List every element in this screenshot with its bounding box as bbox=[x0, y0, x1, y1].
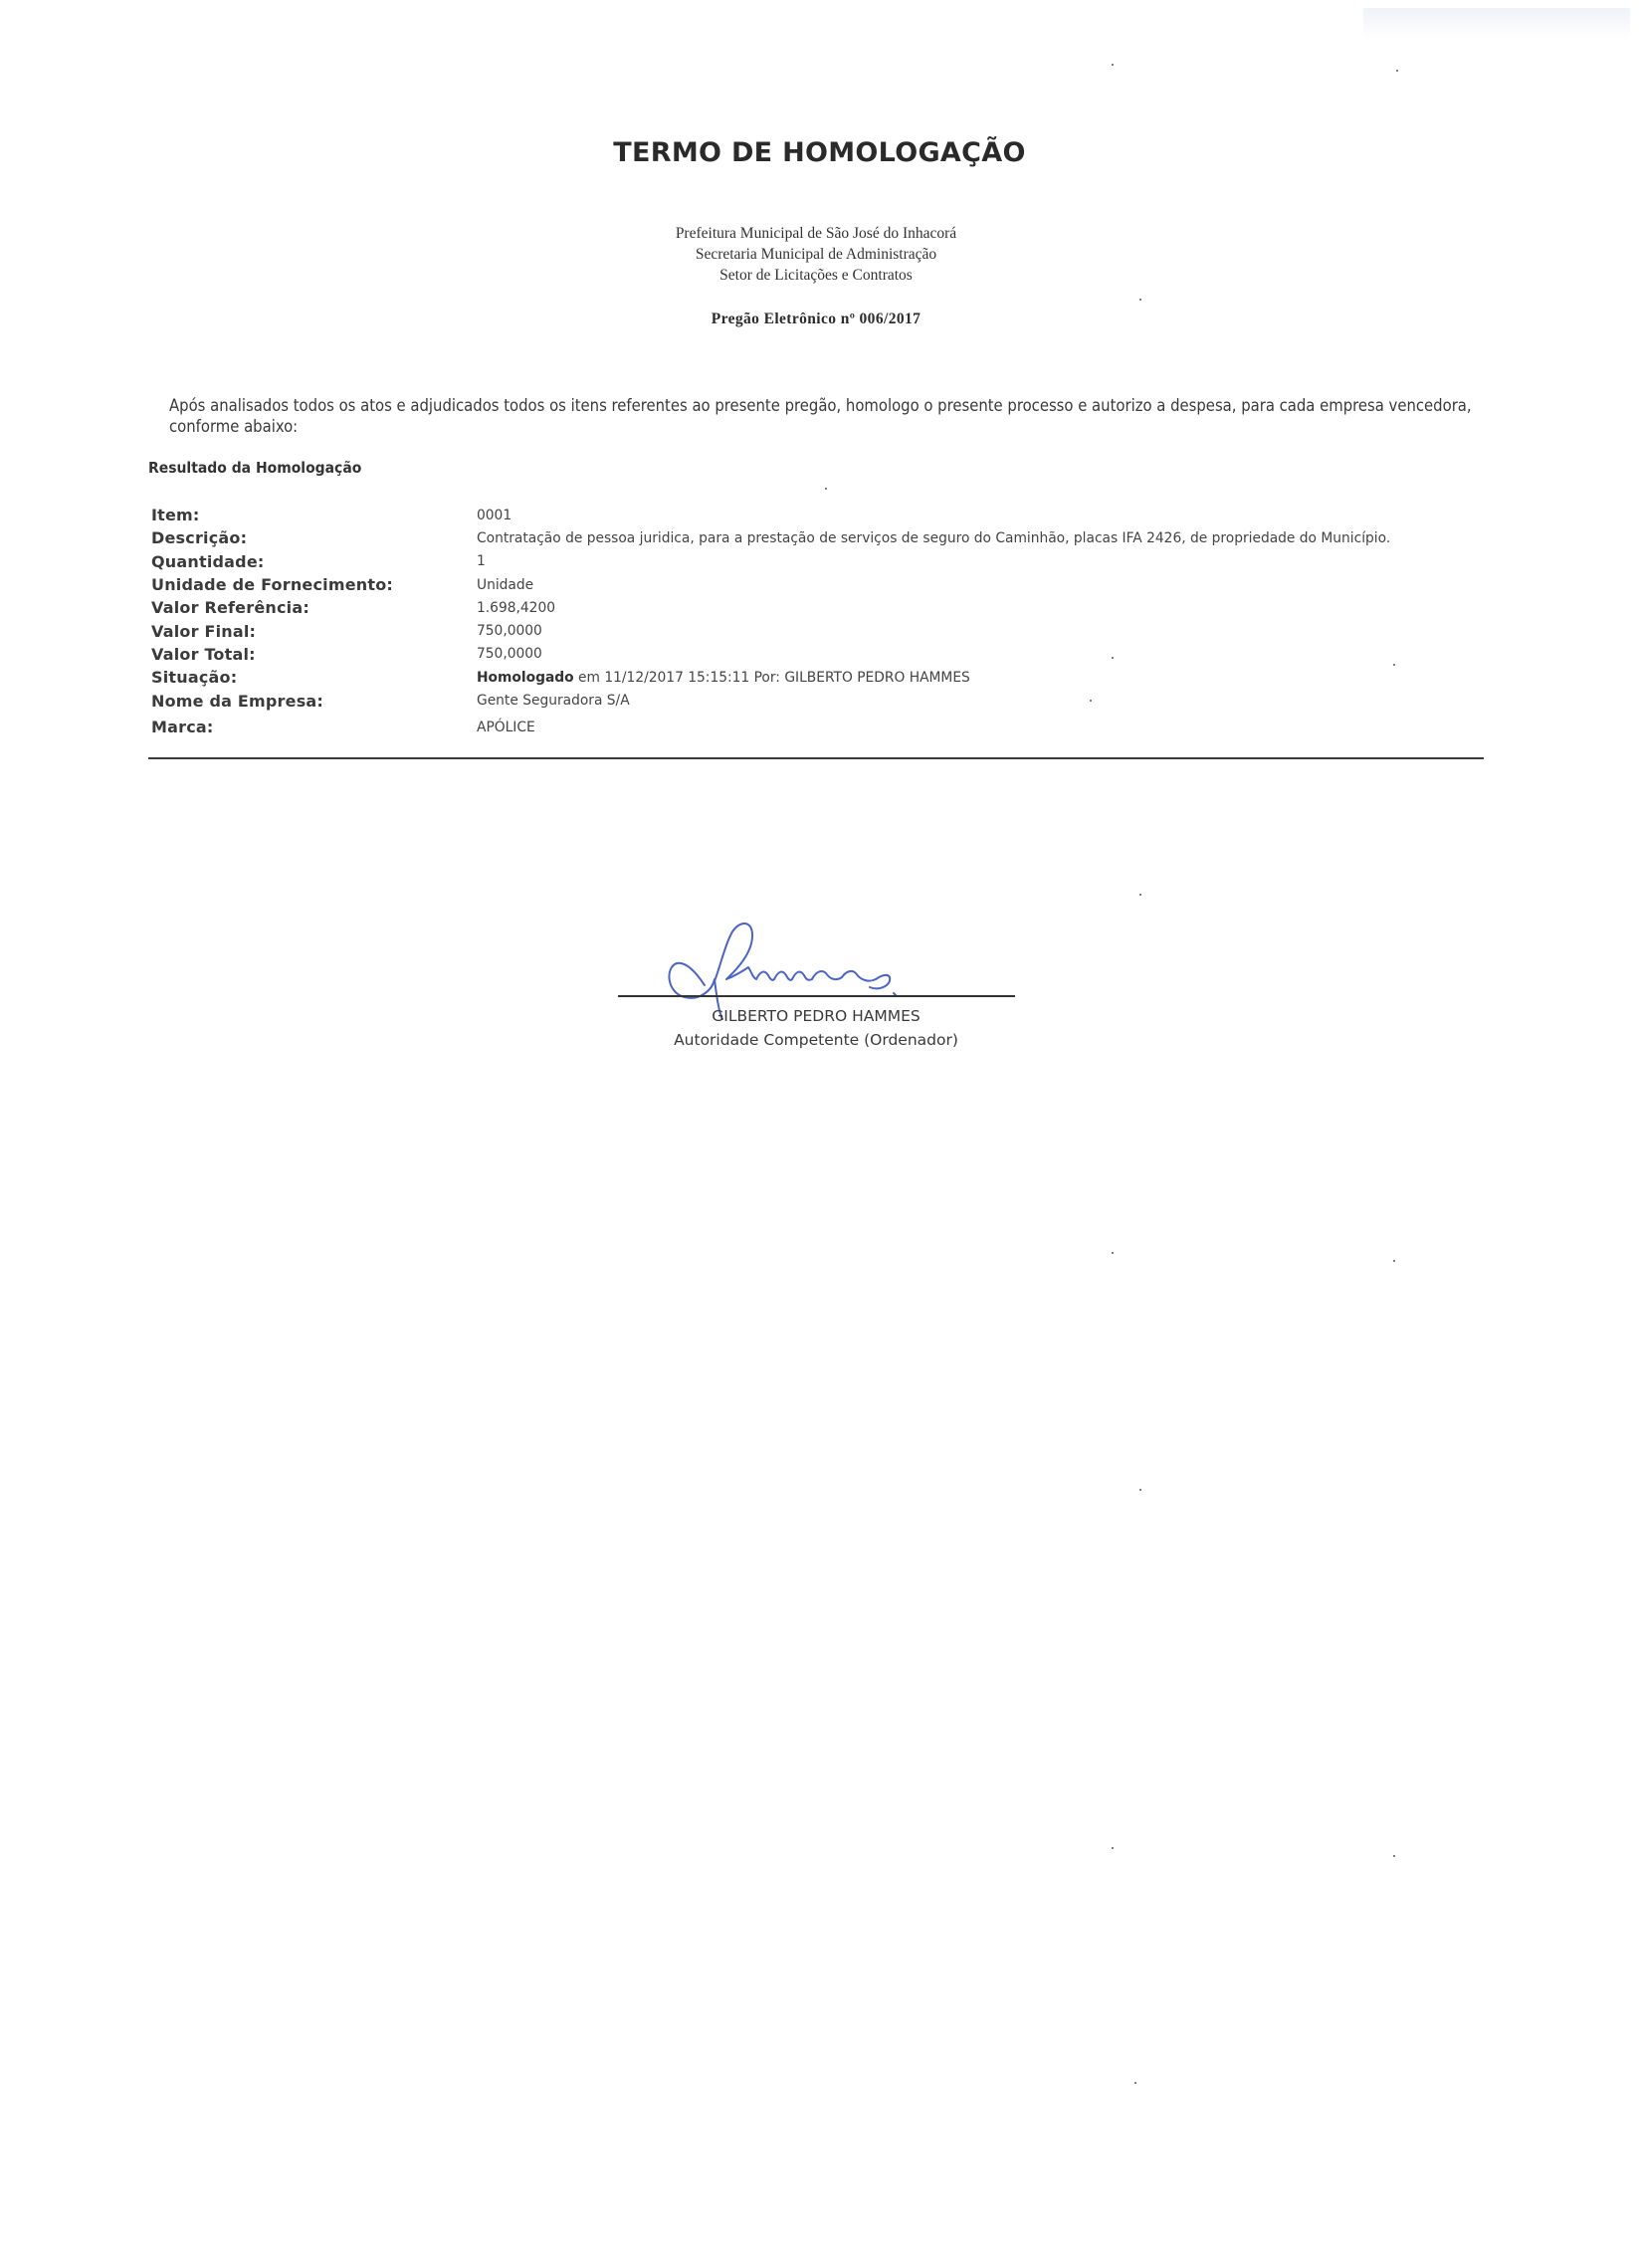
field-label: Valor Referência: bbox=[151, 596, 477, 619]
field-value: 750,0000 bbox=[477, 643, 1485, 666]
signer-name: GILBERTO PEDRO HAMMES bbox=[597, 1004, 1035, 1028]
section-title: Resultado da Homologação bbox=[148, 459, 361, 477]
result-row: Valor Final:750,0000 bbox=[151, 619, 1485, 642]
field-label: Quantidade: bbox=[151, 550, 477, 573]
field-value: APÓLICE bbox=[477, 713, 1485, 742]
field-label: Valor Total: bbox=[151, 643, 477, 666]
issuer-line: Prefeitura Municipal de São José do Inha… bbox=[577, 223, 1055, 244]
field-label: Nome da Empresa: bbox=[151, 689, 477, 712]
field-label: Descrição: bbox=[151, 526, 477, 549]
signer-role: Autoridade Competente (Ordenador) bbox=[597, 1028, 1035, 1052]
issuer-header: Prefeitura Municipal de São José do Inha… bbox=[577, 223, 1055, 286]
scan-speck bbox=[1393, 1855, 1395, 1857]
result-row: Marca:APÓLICE bbox=[151, 713, 1485, 742]
scan-speck bbox=[1112, 1252, 1114, 1254]
field-label: Unidade de Fornecimento: bbox=[151, 573, 477, 596]
issuer-line: Setor de Licitações e Contratos bbox=[577, 265, 1055, 286]
field-value: Gente Seguradora S/A bbox=[477, 689, 1485, 712]
divider bbox=[148, 757, 1484, 759]
scan-artifact bbox=[1363, 8, 1630, 38]
scan-speck bbox=[1112, 64, 1114, 66]
field-value: Unidade bbox=[477, 573, 1485, 596]
result-row: Nome da Empresa:Gente Seguradora S/A bbox=[151, 689, 1485, 712]
document-title: TERMO DE HOMOLOGAÇÃO bbox=[0, 137, 1639, 168]
pregao-number: Pregão Eletrônico nº 006/2017 bbox=[577, 310, 1055, 328]
result-row: Quantidade:1 bbox=[151, 550, 1485, 573]
result-table: Item:0001Descrição:Contratação de pessoa… bbox=[151, 504, 1485, 742]
result-row: Valor Total:750,0000 bbox=[151, 643, 1485, 666]
status-detail: em 11/12/2017 15:15:11 Por: GILBERTO PED… bbox=[574, 670, 970, 686]
scan-speck bbox=[1139, 894, 1141, 896]
field-value: 0001 bbox=[477, 504, 1485, 526]
signer-block: GILBERTO PEDRO HAMMES Autoridade Compete… bbox=[597, 1004, 1035, 1052]
intro-paragraph: Após analisados todos os atos e adjudica… bbox=[169, 395, 1483, 437]
scan-speck bbox=[1134, 2082, 1136, 2084]
field-label: Situação: bbox=[151, 666, 477, 689]
scan-speck bbox=[1112, 1847, 1114, 1849]
field-value: 1.698,4200 bbox=[477, 596, 1485, 619]
field-value: Contratação de pessoa juridica, para a p… bbox=[477, 526, 1485, 549]
status-keyword: Homologado bbox=[477, 670, 574, 686]
field-value: 750,0000 bbox=[477, 619, 1485, 642]
signature-line bbox=[618, 995, 1015, 997]
result-row: Valor Referência:1.698,4200 bbox=[151, 596, 1485, 619]
field-value: 1 bbox=[477, 550, 1485, 573]
field-label: Marca: bbox=[151, 713, 477, 742]
result-row: Descrição:Contratação de pessoa juridica… bbox=[151, 526, 1485, 549]
result-row: Unidade de Fornecimento:Unidade bbox=[151, 573, 1485, 596]
scan-speck bbox=[825, 488, 827, 490]
issuer-line: Secretaria Municipal de Administração bbox=[577, 244, 1055, 265]
field-label: Valor Final: bbox=[151, 619, 477, 642]
result-row: Situação:Homologado em 11/12/2017 15:15:… bbox=[151, 666, 1485, 689]
result-row: Item:0001 bbox=[151, 504, 1485, 526]
field-value: Homologado em 11/12/2017 15:15:11 Por: G… bbox=[477, 666, 1485, 689]
field-label: Item: bbox=[151, 504, 477, 526]
scan-speck bbox=[1393, 1260, 1395, 1262]
scan-speck bbox=[1396, 70, 1398, 72]
scan-speck bbox=[1139, 299, 1141, 301]
scan-speck bbox=[1139, 1489, 1141, 1491]
